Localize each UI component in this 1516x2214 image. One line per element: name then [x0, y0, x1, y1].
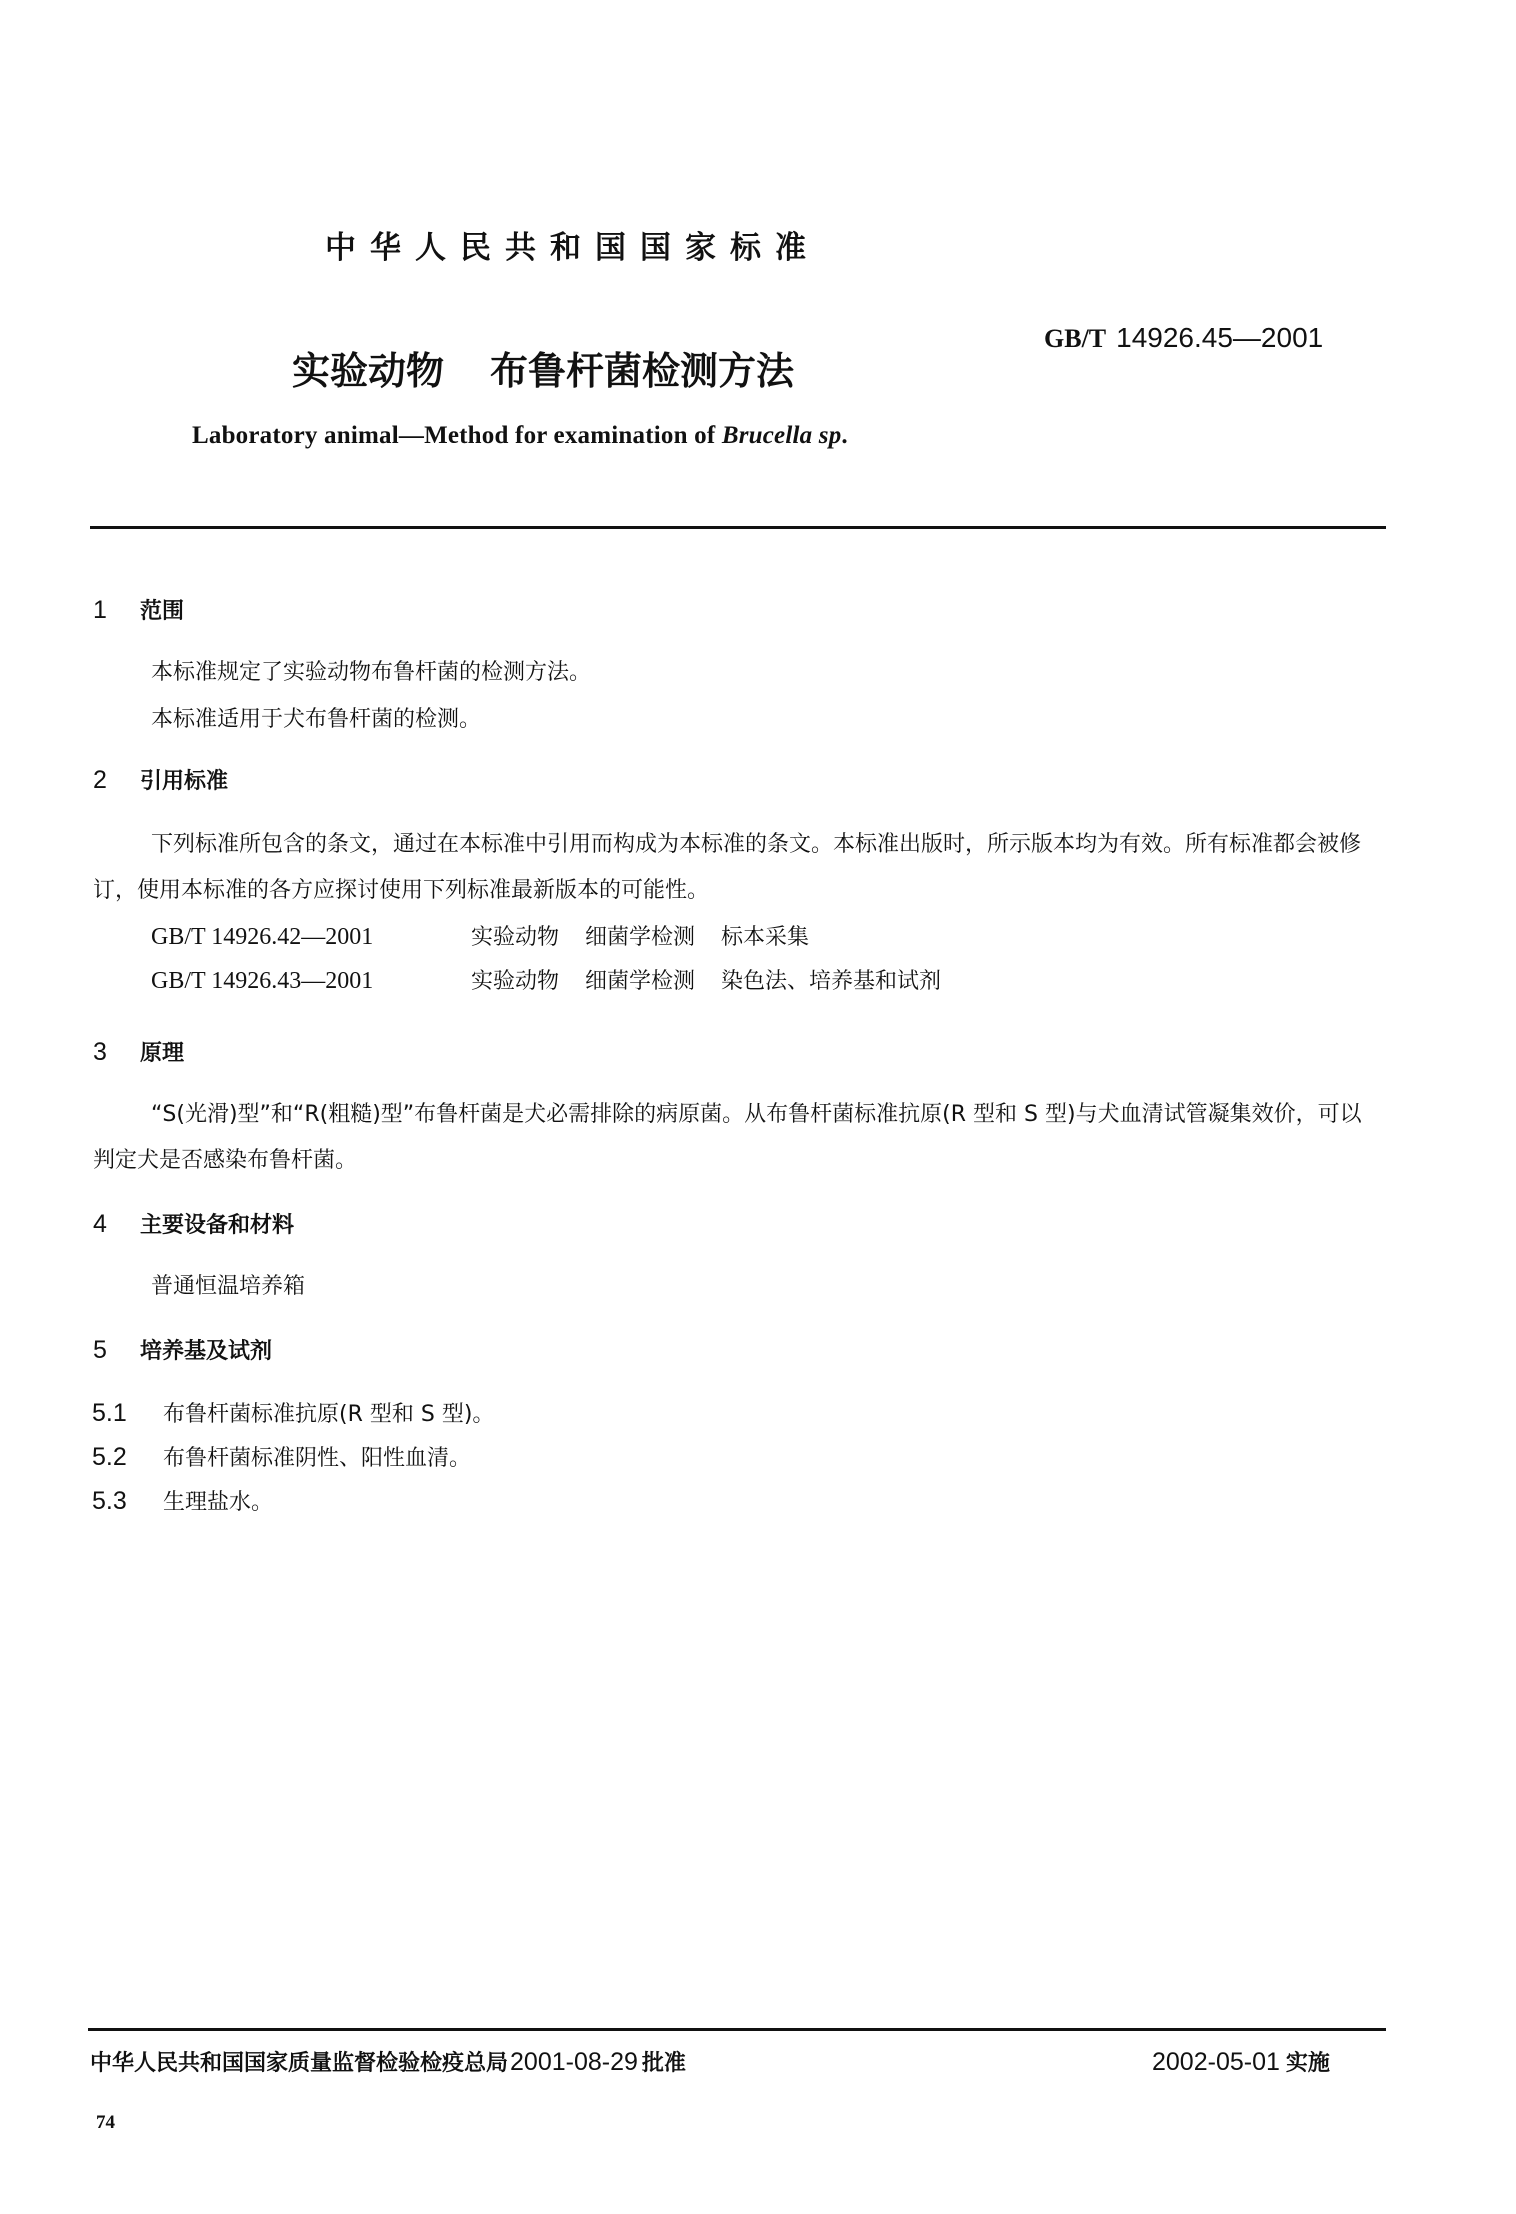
- title-cn-part1: 实验动物: [292, 349, 444, 393]
- reference-item: GB/T 14926.42—2001实验动物细菌学检测标本采集: [151, 920, 835, 951]
- section-heading-3: 3原理: [93, 1036, 184, 1067]
- issuer: 中华人民共和国国家质量监督检验检疫总局: [90, 2051, 508, 2076]
- approval-date: 2001-08-29: [510, 2048, 638, 2076]
- reference-item: GB/T 14926.43—2001实验动物细菌学检测染色法、培养基和试剂: [151, 964, 967, 995]
- sub-item-text: 生理盐水。: [163, 1490, 273, 1515]
- paragraph: “S(光滑)型”和“R(粗糙)型”布鲁杆菌是犬必需排除的病原菌。从布鲁杆菌标准抗…: [93, 1092, 1383, 1184]
- approval-label: 批准: [642, 2051, 686, 2076]
- section-title: 引用标准: [140, 769, 228, 794]
- title-en-end: .: [841, 422, 847, 449]
- section-heading-2: 2引用标准: [93, 764, 228, 795]
- section-number: 5: [93, 1336, 140, 1365]
- section-title: 主要设备和材料: [140, 1213, 294, 1238]
- section-number: 4: [93, 1210, 140, 1239]
- sub-item-number: 5.1: [92, 1399, 163, 1428]
- section-title: 原理: [140, 1041, 184, 1066]
- footer-divider: [88, 2028, 1386, 2031]
- section-number: 2: [93, 766, 140, 795]
- sub-item-text: 布鲁杆菌标准抗原(R 型和 S 型)。: [163, 1402, 494, 1427]
- reference-code: GB/T 14926.42—2001: [151, 924, 471, 951]
- section-title: 范围: [140, 599, 184, 624]
- section-number: 1: [93, 596, 140, 625]
- section-title: 培养基及试剂: [140, 1339, 272, 1364]
- standard-number-prefix: GB/T: [1044, 324, 1106, 353]
- reference-part: 细菌学检测: [585, 964, 695, 995]
- sub-item-number: 5.2: [92, 1443, 163, 1472]
- title-en-species: Brucella sp: [722, 422, 842, 449]
- paragraph: 下列标准所包含的条文，通过在本标准中引用而构成为本标准的条文。本标准出版时，所示…: [93, 822, 1389, 914]
- effective-line: 2002-05-01实施: [1152, 2046, 1330, 2077]
- section-heading-4: 4主要设备和材料: [93, 1208, 294, 1239]
- standard-number-value: 14926.45—2001: [1116, 322, 1323, 353]
- title-en-main: Laboratory animal—Method for examination…: [192, 422, 722, 449]
- reference-part: 标本采集: [721, 920, 809, 951]
- effective-label: 实施: [1286, 2051, 1330, 2076]
- paragraph: 本标准规定了实验动物布鲁杆菌的检测方法。: [151, 650, 591, 696]
- approval-line: 中华人民共和国国家质量监督检验检疫总局2001-08-29批准: [90, 2046, 686, 2077]
- header-divider: [90, 526, 1386, 529]
- document-title-en: Laboratory animal—Method for examination…: [192, 422, 848, 450]
- sub-item: 5.2布鲁杆菌标准阴性、阳性血清。: [92, 1441, 471, 1472]
- reference-part: 实验动物: [471, 964, 559, 995]
- section-heading-1: 1范围: [93, 594, 184, 625]
- standard-number: GB/T14926.45—2001: [1044, 322, 1323, 354]
- sub-item: 5.3生理盐水。: [92, 1485, 273, 1516]
- paragraph: 普通恒温培养箱: [151, 1264, 305, 1310]
- effective-date: 2002-05-01: [1152, 2048, 1280, 2076]
- standard-type-heading: 中华人民共和国国家标准: [325, 222, 820, 267]
- sub-item: 5.1布鲁杆菌标准抗原(R 型和 S 型)。: [92, 1397, 494, 1428]
- sub-item-number: 5.3: [92, 1487, 163, 1516]
- reference-part: 细菌学检测: [585, 920, 695, 951]
- section-number: 3: [93, 1038, 140, 1067]
- reference-part: 实验动物: [471, 920, 559, 951]
- reference-part: 染色法、培养基和试剂: [721, 964, 941, 995]
- section-heading-5: 5培养基及试剂: [93, 1334, 272, 1365]
- title-cn-part2: 布鲁杆菌检测方法: [490, 349, 794, 393]
- document-title-cn: 实验动物布鲁杆菌检测方法: [292, 340, 794, 395]
- reference-code: GB/T 14926.43—2001: [151, 968, 471, 995]
- page-number: 74: [96, 2112, 115, 2134]
- paragraph: 本标准适用于犬布鲁杆菌的检测。: [151, 697, 481, 743]
- sub-item-text: 布鲁杆菌标准阴性、阳性血清。: [163, 1446, 471, 1471]
